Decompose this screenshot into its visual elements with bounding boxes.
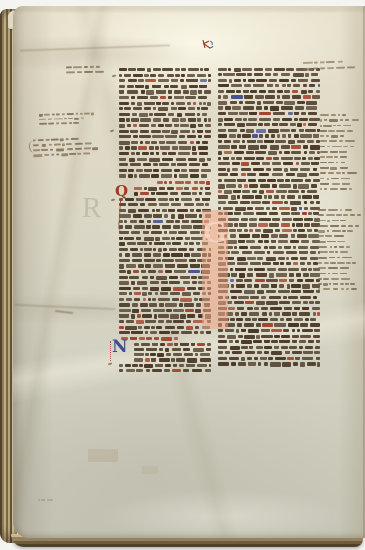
parchment-stain [88,449,118,462]
parchment-page [13,6,365,538]
blue-initial-letter: N [112,339,128,356]
quire-mark-ornament [200,39,216,50]
red-initial-letter: Q [115,184,127,199]
show-through-ghost-letter: R [82,192,102,225]
red-penwork-filigree [110,341,113,361]
manuscript-photograph: R Q N G [0,0,365,550]
parchment-stain [142,466,158,474]
